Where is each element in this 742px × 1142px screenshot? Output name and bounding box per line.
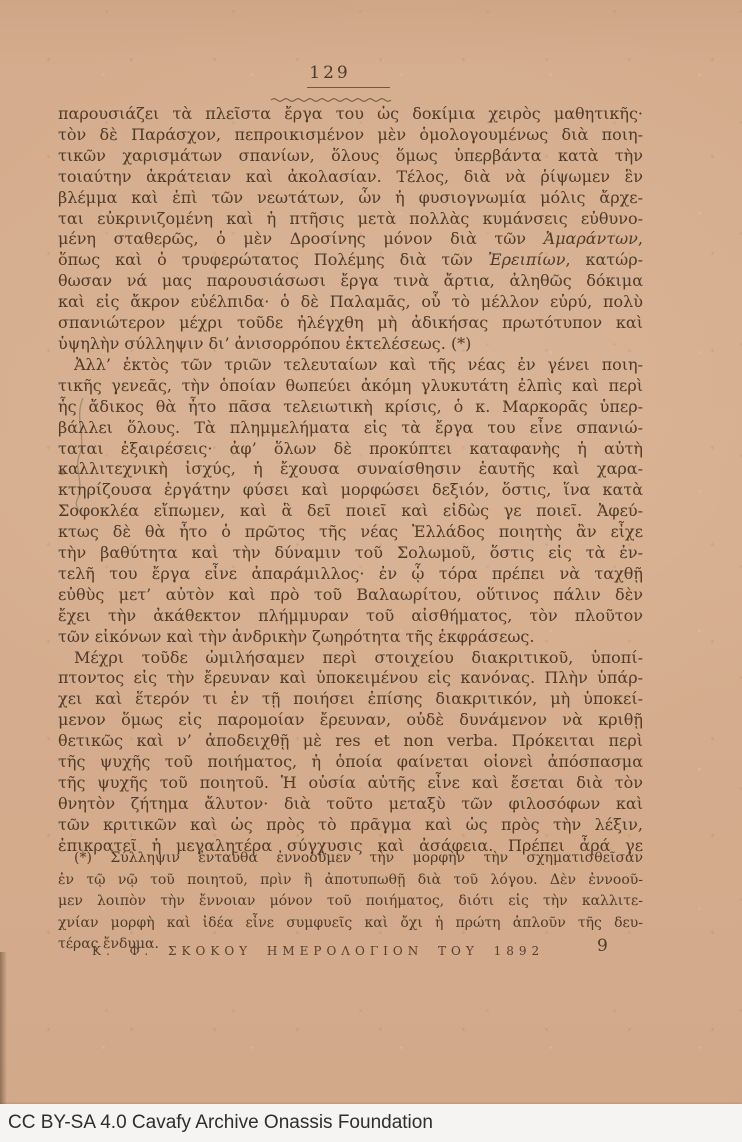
license-text: CC BY-SA 4.0 Cavafy Archive Onassis Foun… xyxy=(0,1112,433,1134)
text-line: τῶν εἰκόνων καὶ τὴν ἀνδρικὴν ζωηρότητα τ… xyxy=(58,627,643,648)
text-line: τῆς ψυχῆς τοῦ ποιήματος, ἡ ὁποία φαίνετα… xyxy=(58,752,643,773)
text-line: πτοντος εἰς τὴν ἔρευναν καὶ ὑποκειμένου … xyxy=(58,668,643,689)
text-line: ὑψηλὴν σύλληψιν δι’ ἀνισορρόπου ἐκτελέσε… xyxy=(58,334,643,355)
text-line: τῆς ψυχῆς τοῦ ποιητοῦ. Ἡ οὐσία αὐτῆς εἶν… xyxy=(58,773,643,794)
rule-line xyxy=(307,87,390,88)
paper-edge-shadow xyxy=(0,952,7,1104)
text-line: Μέχρι τοῦδε ὡμιλήσαμεν περὶ στοιχείου δι… xyxy=(58,648,643,669)
text-line: ἔχει τὴν ἀκάθεκτον πλήμμυραν τοῦ αἰσθήμα… xyxy=(58,606,643,627)
text-line: Σοφοκλέα εἴπωμεν, καὶ ἃ δεῖ ποιεῖ καὶ εἰ… xyxy=(58,501,643,522)
text-line: κτηρίζουσα ἐργάτην φύσει καὶ μορφώσει δε… xyxy=(58,480,643,501)
text-line: ἐν τῷ νῷ τοῦ ποιητοῦ, πρὶν ἢ ἀποτυπωθῇ δ… xyxy=(58,870,643,892)
text-line: ταται ἐξαιρέσεις· ἀφ’ ὅλων δὲ προκύπτει … xyxy=(58,439,643,460)
text-line: ὅπως καὶ ὁ τρυφερώτατος Πολέμης διὰ τῶν … xyxy=(58,250,643,271)
text-line: τὸν δὲ Παράσχον, πεπροικισμένον μὲν ὁμολ… xyxy=(58,125,643,146)
footnote: (*) Σύλληψιν ἐνταῦθα ἐννοοῦμεν τὴν μορφὴ… xyxy=(58,848,643,956)
text-line: παρουσιάζει τὰ πλεῖστα ἔργα του ὡς δοκίμ… xyxy=(58,104,643,125)
text-line: καλλιτεχνικὴ ἰσχύς, ἡ ἔχουσα συναίσθησιν… xyxy=(58,459,643,480)
running-head: 129 xyxy=(270,62,390,84)
imprint-footer: Κ. Φ. ΣΚΟΚΟΥ ΗΜΕΡΟΛΟΓΙΟΝ ΤΟΥ 1892 xyxy=(92,944,544,958)
text-line: τικῶν χαρισμάτων σπανίων, ὅλους ὅμως ὑπε… xyxy=(58,146,643,167)
text-line: σπανιώτερον μέχρι τοῦδε ἠλέγχθη μὴ ἀδική… xyxy=(58,313,643,334)
page-number-top: 129 xyxy=(270,62,390,84)
text-line: χει καὶ ἕτερόν τι ἐν τῇ ποιήσει ἐπίσης δ… xyxy=(58,689,643,710)
text-line: βλέμμα καὶ ἐπὶ τῶν νεωτάτων, ὧν ἡ φυσιογ… xyxy=(58,188,643,209)
paragraph-2: Ἀλλ’ ἐκτὸς τῶν τριῶν τελευταίων καὶ τῆς … xyxy=(58,355,643,648)
text-line: θωσαν νά μας παρουσιάσωσι ἔργα τινὰ ἄρτι… xyxy=(58,271,643,292)
text-line: μεν λοιπὸν τὴν ἔννοιαν μόνον τοῦ ποιήματ… xyxy=(58,891,643,913)
text-line: θετικῶς καὶ ν’ ἀποδειχθῇ μὲ res et non v… xyxy=(58,731,643,752)
page-number-bottom: 9 xyxy=(597,936,608,956)
text-line: μενον ὅμως εἰς παρομοίαν ἔρευναν, οὐδὲ δ… xyxy=(58,710,643,731)
text-line: τὴν βαθύτητα καὶ τὴν δύναμιν τοῦ Σολωμοῦ… xyxy=(58,543,643,564)
text-line: χνίαν μορφὴ καὶ ἰδέα εἶνε συμφυεῖς καὶ ὄ… xyxy=(58,913,643,935)
text-line: θνητὸν ζήτημα ἄλυτον· διὰ τοῦτο μεταξὺ τ… xyxy=(58,794,643,815)
text-line: καὶ εἰς ἄκρον εὐέλπιδα· ὁ δὲ Παλαμᾶς, οὗ… xyxy=(58,292,643,313)
text-line: ται εὐκρινιζομένη καὶ ἡ πτῆσις μετὰ πολλ… xyxy=(58,209,643,230)
text-line: βάλλει ὅλους. Τὰ πλημμελήματα εἰς τὰ ἔργ… xyxy=(58,418,643,439)
text-line: Ἀλλ’ ἐκτὸς τῶν τριῶν τελευταίων καὶ τῆς … xyxy=(58,355,643,376)
license-bar: CC BY-SA 4.0 Cavafy Archive Onassis Foun… xyxy=(0,1104,742,1142)
text-line: κτως δὲ θὰ ἦτο ὁ πρῶτος τῆς νέας Ἑλλάδος… xyxy=(58,522,643,543)
text-line: τῶν κριτικῶν καὶ ὡς πρὸς τὸ πρᾶγμα καὶ ὡ… xyxy=(58,815,643,836)
text-line: τελῆ του ἔργα εἶνε ἀπαράμιλλος· ἐν ᾧ τόρ… xyxy=(58,564,643,585)
text-line: τικῆς γενεᾶς, τὴν ὁποίαν θωπεύει ἀκόμη γ… xyxy=(58,376,643,397)
paragraph-3: Μέχρι τοῦδε ὡμιλήσαμεν περὶ στοιχείου δι… xyxy=(58,648,643,857)
text-line: (*) Σύλληψιν ἐνταῦθα ἐννοοῦμεν τὴν μορφὴ… xyxy=(58,848,643,870)
paragraph-1: παρουσιάζει τὰ πλεῖστα ἔργα του ὡς δοκίμ… xyxy=(58,104,643,355)
text-line: ἧς ἄδικος θὰ ἦτο πᾶσα τελειωτικὴ κρίσις,… xyxy=(58,397,643,418)
text-line: μένη σταθερῶς, ὁ μὲν Δροσίνης μόνον διὰ … xyxy=(58,229,643,250)
body-text-column: παρουσιάζει τὰ πλεῖστα ἔργα του ὡς δοκίμ… xyxy=(58,104,643,857)
text-line: εὐθὺς μετ’ αὐτὸν καὶ πρὸ τοῦ Βαλαωρίτου,… xyxy=(58,585,643,606)
text-line: τοιαύτην ἀκράτειαν καὶ ἀκολασίαν. Τέλος,… xyxy=(58,167,643,188)
scanned-book-page: 129 παρουσιάζει τὰ πλεῖστα ἔργα του ὡς δ… xyxy=(0,0,742,1142)
